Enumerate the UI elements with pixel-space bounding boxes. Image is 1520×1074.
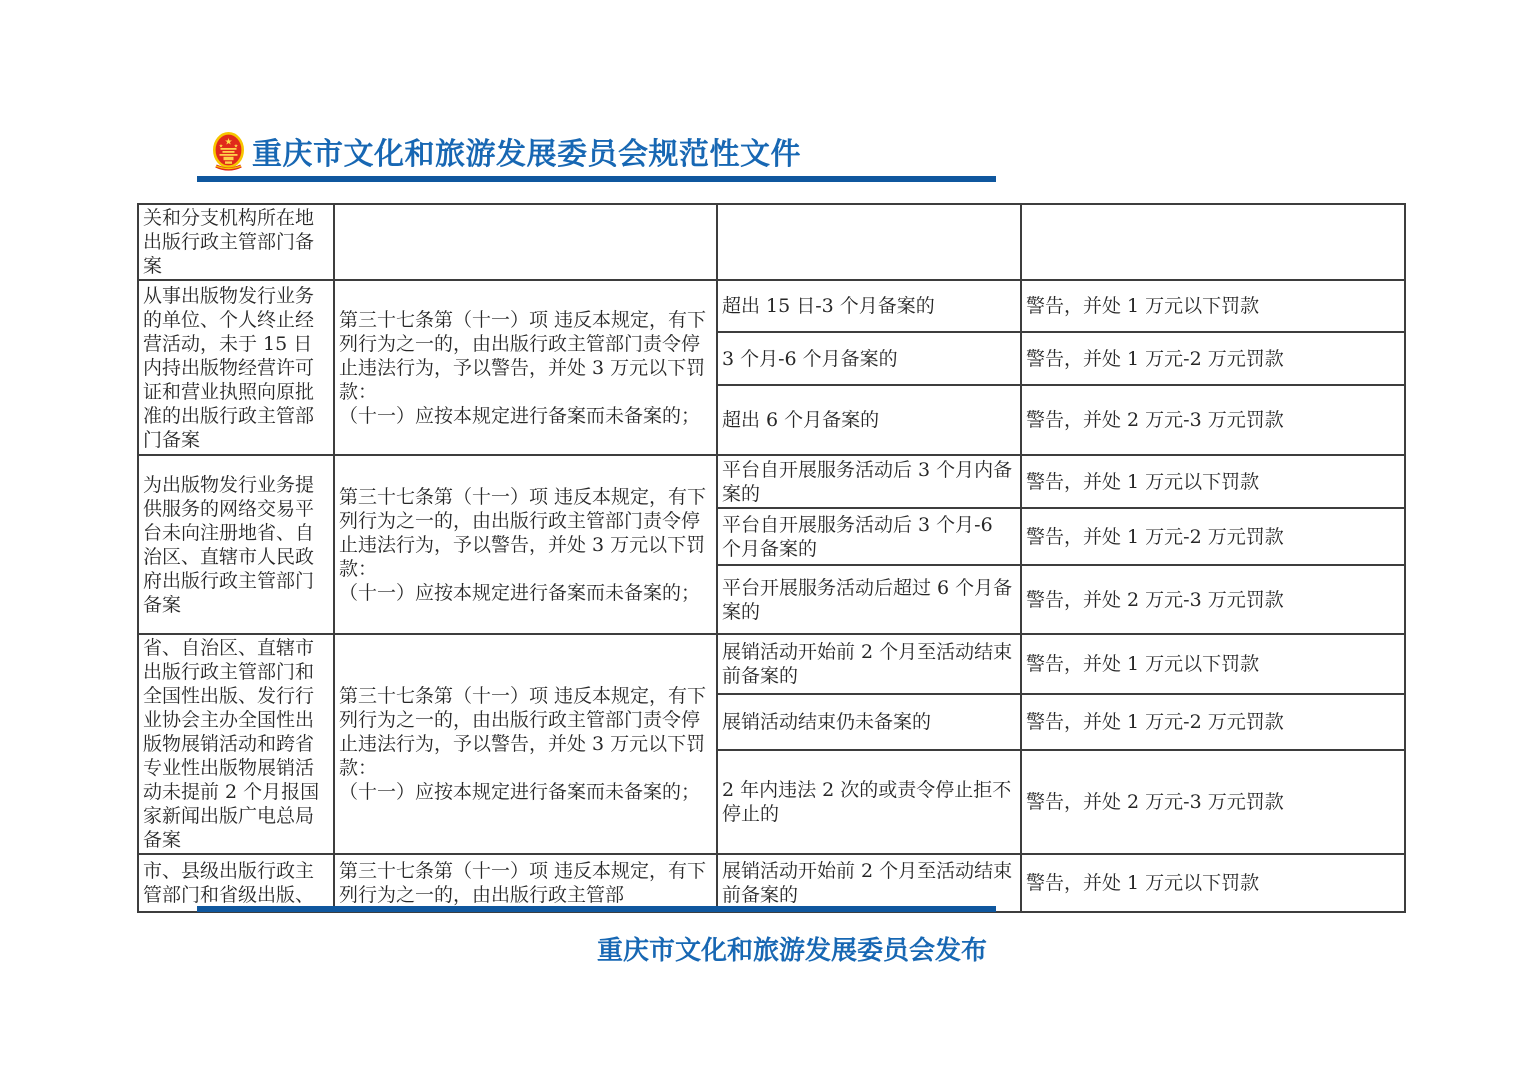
violation-cell: 为出版物发行业务提供服务的网络交易平台未向注册地省、自治区、直辖市人民政府出版行…: [138, 455, 334, 634]
table-row-carryover: 关和分支机构所在地出版行政主管部门备案: [138, 204, 1405, 280]
china-national-emblem-icon: ★ ★ ★: [212, 131, 245, 171]
circumstance-cell: 平台自开展服务活动后 3 个月内备案的: [717, 455, 1021, 508]
document-page: ★ ★ ★ 重庆市文化和旅游发展委员会规范性文件 关和分支: [0, 0, 1520, 1074]
footer-divider: [197, 906, 996, 912]
penalty-cell: 警告，并处 1 万元以下罚款: [1021, 634, 1405, 694]
empty-cell: [717, 204, 1021, 280]
penalty-cell: 警告，并处 1 万元以下罚款: [1021, 280, 1405, 332]
penalty-cell: 警告，并处 2 万元-3 万元罚款: [1021, 750, 1405, 854]
circumstance-cell: 平台开展服务活动后超过 6 个月备案的: [717, 565, 1021, 634]
penalty-cell: 警告，并处 1 万元以下罚款: [1021, 455, 1405, 508]
violation-cell: 省、自治区、直辖市出版行政主管部门和全国性出版、发行行业协会主办全国性出版物展销…: [138, 634, 334, 854]
table-row: 为出版物发行业务提供服务的网络交易平台未向注册地省、自治区、直辖市人民政府出版行…: [138, 455, 1405, 508]
violation-cell: 市、县级出版行政主管部门和省级出版、: [138, 854, 334, 912]
circumstance-cell: 平台自开展服务活动后 3 个月-6 个月备案的: [717, 508, 1021, 565]
legal-basis-cell: 第三十七条第（十一）项 违反本规定，有下列行为之一的，由出版行政主管部门责令停止…: [334, 634, 717, 854]
empty-cell: [334, 204, 717, 280]
circumstance-cell: 2 年内违法 2 次的或责令停止拒不停止的: [717, 750, 1021, 854]
footer-publisher: 重庆市文化和旅游发展委员会发布: [597, 930, 987, 967]
penalty-cell: 警告，并处 2 万元-3 万元罚款: [1021, 385, 1405, 455]
penalty-cell: 警告，并处 1 万元-2 万元罚款: [1021, 332, 1405, 385]
circumstance-cell: 展销活动开始前 2 个月至活动结束前备案的: [717, 634, 1021, 694]
legal-basis-cell: 第三十七条第（十一）项 违反本规定，有下列行为之一的，由出版行政主管部门责令停止…: [334, 280, 717, 455]
circumstance-cell: 展销活动结束仍未备案的: [717, 694, 1021, 749]
circumstance-cell: 3 个月-6 个月备案的: [717, 332, 1021, 385]
penalty-cell: 警告，并处 2 万元-3 万元罚款: [1021, 565, 1405, 634]
table-row-truncated: 市、县级出版行政主管部门和省级出版、 第三十七条第（十一）项 违反本规定，有下列…: [138, 854, 1405, 912]
svg-text:★: ★: [224, 138, 232, 148]
circumstance-cell: 展销活动开始前 2 个月至活动结束前备案的: [717, 854, 1021, 912]
penalty-cell: 警告，并处 1 万元-2 万元罚款: [1021, 508, 1405, 565]
empty-cell: [1021, 204, 1405, 280]
table-row: 省、自治区、直辖市出版行政主管部门和全国性出版、发行行业协会主办全国性出版物展销…: [138, 634, 1405, 694]
document-header: ★ ★ ★ 重庆市文化和旅游发展委员会规范性文件: [212, 129, 801, 173]
penalty-cell: 警告，并处 1 万元以下罚款: [1021, 854, 1405, 912]
circumstance-cell: 超出 6 个月备案的: [717, 385, 1021, 455]
legal-basis-cell: 第三十七条第（十一）项 违反本规定，有下列行为之一的，由出版行政主管部门责令停止…: [334, 455, 717, 634]
penalty-table: 关和分支机构所在地出版行政主管部门备案 从事出版物发行业务的单位、个人终止经营活…: [137, 203, 1406, 913]
penalty-cell: 警告，并处 1 万元-2 万元罚款: [1021, 694, 1405, 749]
circumstance-cell: 超出 15 日-3 个月备案的: [717, 280, 1021, 332]
table-row: 从事出版物发行业务的单位、个人终止经营活动，未于 15 日内持出版物经营许可证和…: [138, 280, 1405, 332]
header-divider: [197, 176, 996, 182]
violation-cell: 从事出版物发行业务的单位、个人终止经营活动，未于 15 日内持出版物经营许可证和…: [138, 280, 334, 455]
legal-basis-cell: 第三十七条第（十一）项 违反本规定，有下列行为之一的，由出版行政主管部: [334, 854, 717, 912]
page-title: 重庆市文化和旅游发展委员会规范性文件: [252, 129, 801, 173]
violation-cell: 关和分支机构所在地出版行政主管部门备案: [138, 204, 334, 280]
